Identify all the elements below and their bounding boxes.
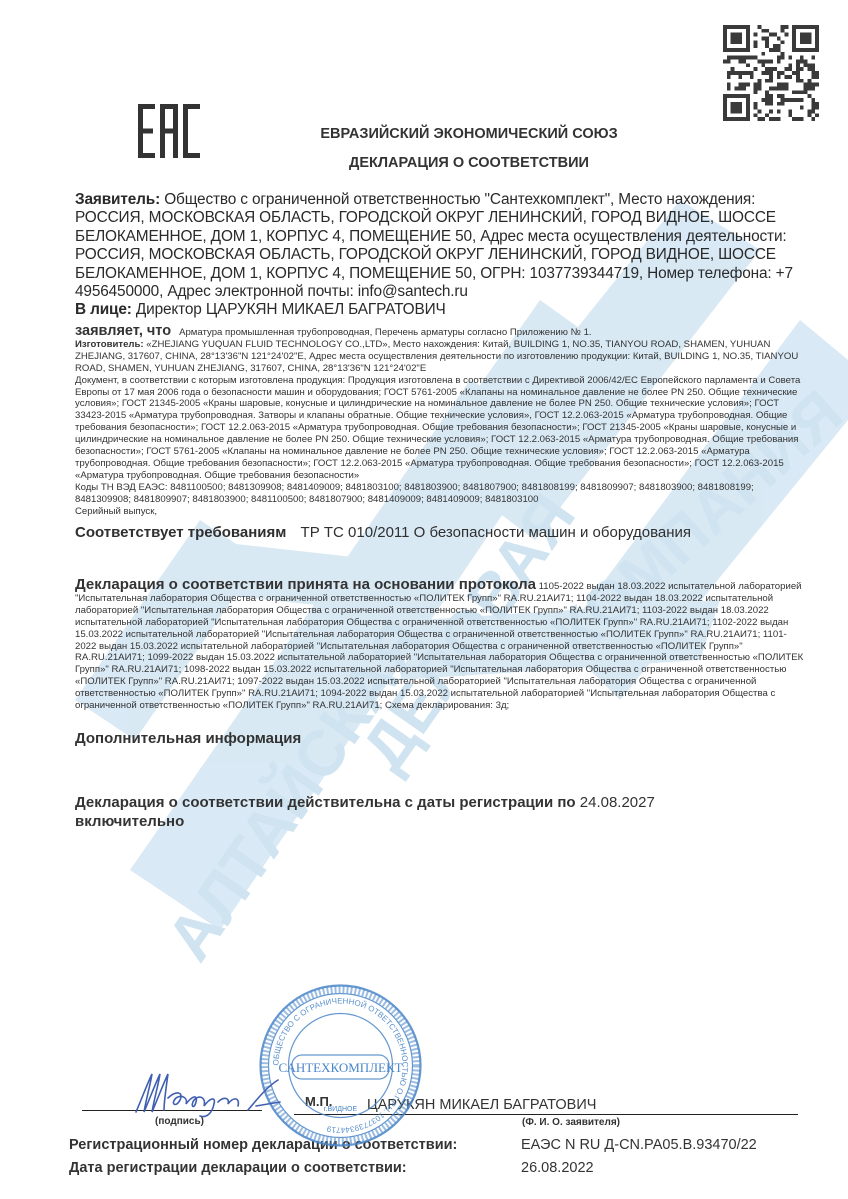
manufacturer-text: «ZHEJIANG YUQUAN FLUID TECHNOLOGY CO.,LT… xyxy=(75,339,798,374)
registration-number-value: ЕАЭС N RU Д-CN.РА05.В.93470/22 xyxy=(521,1137,757,1153)
declaration-page: АЛТАЙСКАЯ ДЕЛОВАЯ КОМПАНИЯ xyxy=(0,0,848,1199)
stamp-center-text: САНТЕХКОМПЛЕКТ xyxy=(278,1060,402,1075)
validity-suffix: включительно xyxy=(75,813,184,830)
product-text: Арматура промышленная трубопроводная, Пе… xyxy=(179,327,592,338)
protocol-basis-block: Декларация о соответствии принята на осн… xyxy=(75,579,805,712)
hs-codes-text: Коды ТН ВЭД ЕАЭС: 8481100500; 8481309908… xyxy=(75,482,754,505)
applicant-label: Заявитель: xyxy=(75,191,160,208)
representative-text: Директор ЦАРУКЯН МИКАЕЛ БАГРАТОВИЧ xyxy=(136,301,446,318)
name-caption: (Ф. И. О. заявителя) xyxy=(522,1117,620,1128)
protocol-basis-text: 1105-2022 выдан 18.03.2022 испытательной… xyxy=(75,581,803,711)
qr-code-icon xyxy=(723,25,819,121)
stamp-city-text: г.ВИДНОЕ xyxy=(324,1106,358,1113)
union-title: ЕВРАЗИЙСКИЙ ЭКОНОМИЧЕСКИЙ СОЮЗ xyxy=(0,126,848,142)
declares-label: заявляет, что xyxy=(75,323,171,339)
document-title: ДЕКЛАРАЦИЯ О СООТВЕТСТВИИ xyxy=(0,155,848,171)
conformity-text: ТР ТС 010/2011 О безопасности машин и об… xyxy=(301,524,691,541)
company-stamp-icon: ОБЩЕСТВО С ОГРАНИЧЕННОЙ ОТВЕТСТВЕННОСТЬЮ… xyxy=(258,983,423,1148)
manufacturer-label: Изготовитель: xyxy=(75,339,144,350)
applicant-text: Общество с ограниченной ответственностью… xyxy=(75,191,793,300)
representative-label: В лице: xyxy=(75,301,132,318)
validity-block: Декларация о соответствии действительна … xyxy=(75,793,735,831)
protocol-basis-label: Декларация о соответствии принята на осн… xyxy=(75,576,536,593)
additional-info-heading: Дополнительная информация xyxy=(75,730,301,747)
applicant-block: Заявитель: Общество с ограниченной ответ… xyxy=(75,191,810,320)
handwritten-signature xyxy=(128,1068,288,1118)
validity-label: Декларация о соответствии действительна … xyxy=(75,794,576,811)
declaration-block: заявляет, что Арматура промышленная труб… xyxy=(75,326,805,518)
registration-date-value: 26.08.2022 xyxy=(521,1160,594,1176)
conformity-line: Соответствует требованиям ТР ТС 010/2011… xyxy=(75,524,691,541)
document-basis-text: Документ, в соответствии с которым изгот… xyxy=(75,375,800,481)
registration-date-label: Дата регистрации декларации о соответств… xyxy=(69,1160,407,1176)
serial-text: Серийный выпуск, xyxy=(75,506,157,517)
conformity-label: Соответствует требованиям xyxy=(75,524,286,541)
validity-date: 24.08.2027 xyxy=(580,794,655,811)
